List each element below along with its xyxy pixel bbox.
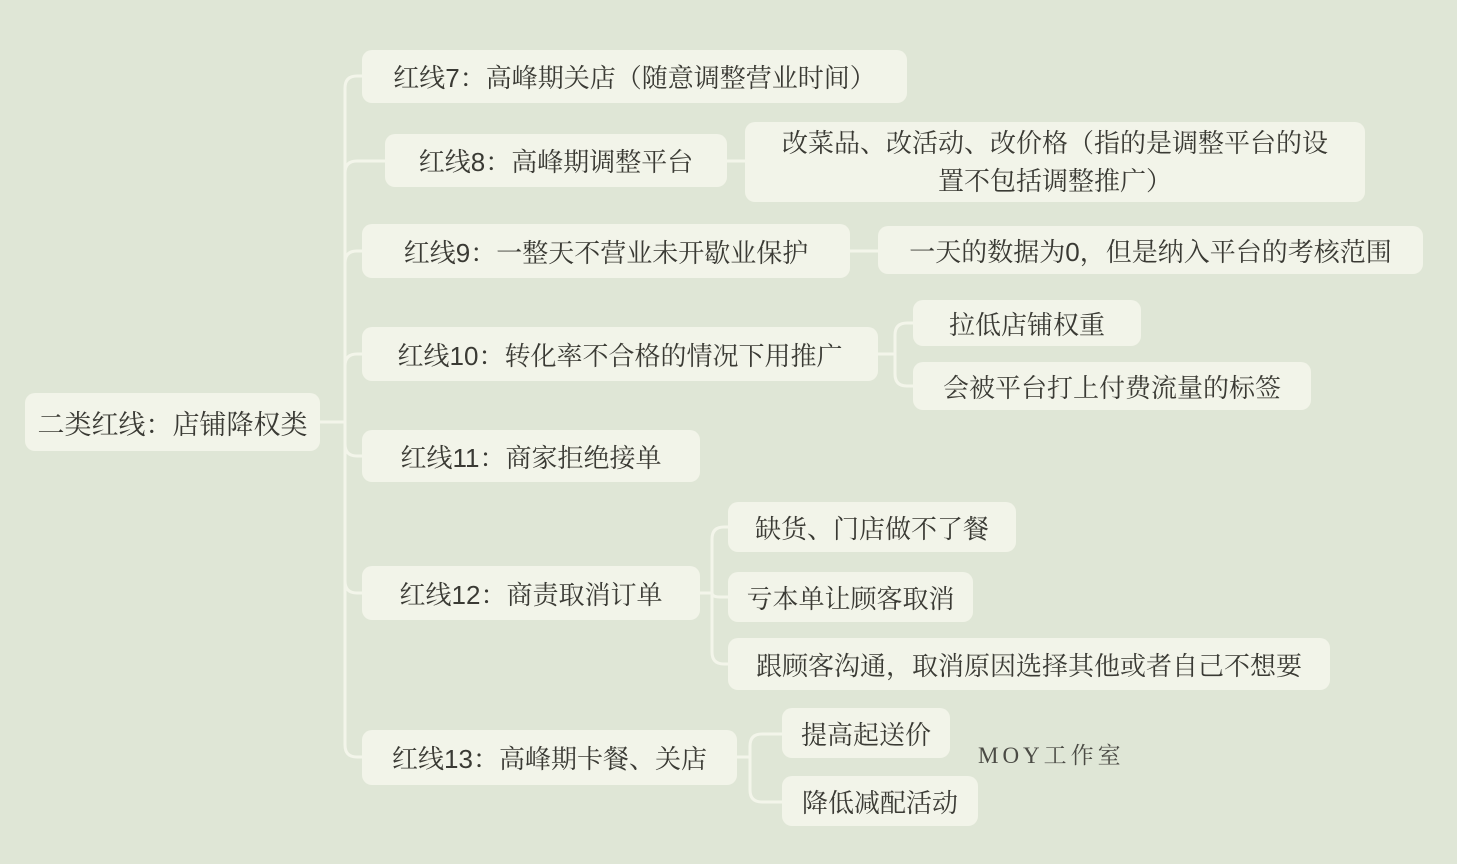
note-reduce-promo[interactable]: 降低减配活动 (782, 776, 978, 826)
note-redline9-result[interactable]: 一天的数据为0，但是纳入平台的考核范围 (878, 226, 1423, 274)
mindmap-canvas: 二类红线：店铺降权类 红线7：高峰期关店（随意调整营业时间） 红线8：高峰期调整… (0, 0, 1457, 864)
node-redline7[interactable]: 红线7：高峰期关店（随意调整营业时间） (362, 50, 907, 103)
node-redline12[interactable]: 红线12：商责取消订单 (362, 566, 700, 620)
note-lower-weight[interactable]: 拉低店铺权重 (913, 300, 1141, 346)
note-redline8-detail[interactable]: 改菜品、改活动、改价格（指的是调整平台的设 置不包括调整推广） (745, 122, 1365, 202)
note-communicate-customer[interactable]: 跟顾客沟通，取消原因选择其他或者自己不想要 (728, 638, 1330, 690)
node-redline11[interactable]: 红线11：商家拒绝接单 (362, 430, 700, 482)
note-raise-min-price[interactable]: 提高起送价 (782, 708, 950, 758)
node-redline8[interactable]: 红线8：高峰期调整平台 (385, 134, 727, 187)
node-redline9[interactable]: 红线9：一整天不营业未开歇业保护 (362, 224, 850, 278)
note-paid-traffic-tag[interactable]: 会被平台打上付费流量的标签 (913, 362, 1311, 410)
node-root[interactable]: 二类红线：店铺降权类 (25, 393, 320, 451)
node-redline10[interactable]: 红线10：转化率不合格的情况下用推广 (362, 327, 878, 381)
studio-watermark: MOY工作室 (978, 737, 1125, 770)
node-redline13[interactable]: 红线13：高峰期卡餐、关店 (362, 730, 737, 785)
note-out-of-stock[interactable]: 缺货、门店做不了餐 (728, 502, 1016, 552)
note-loss-order[interactable]: 亏本单让顾客取消 (728, 572, 973, 622)
